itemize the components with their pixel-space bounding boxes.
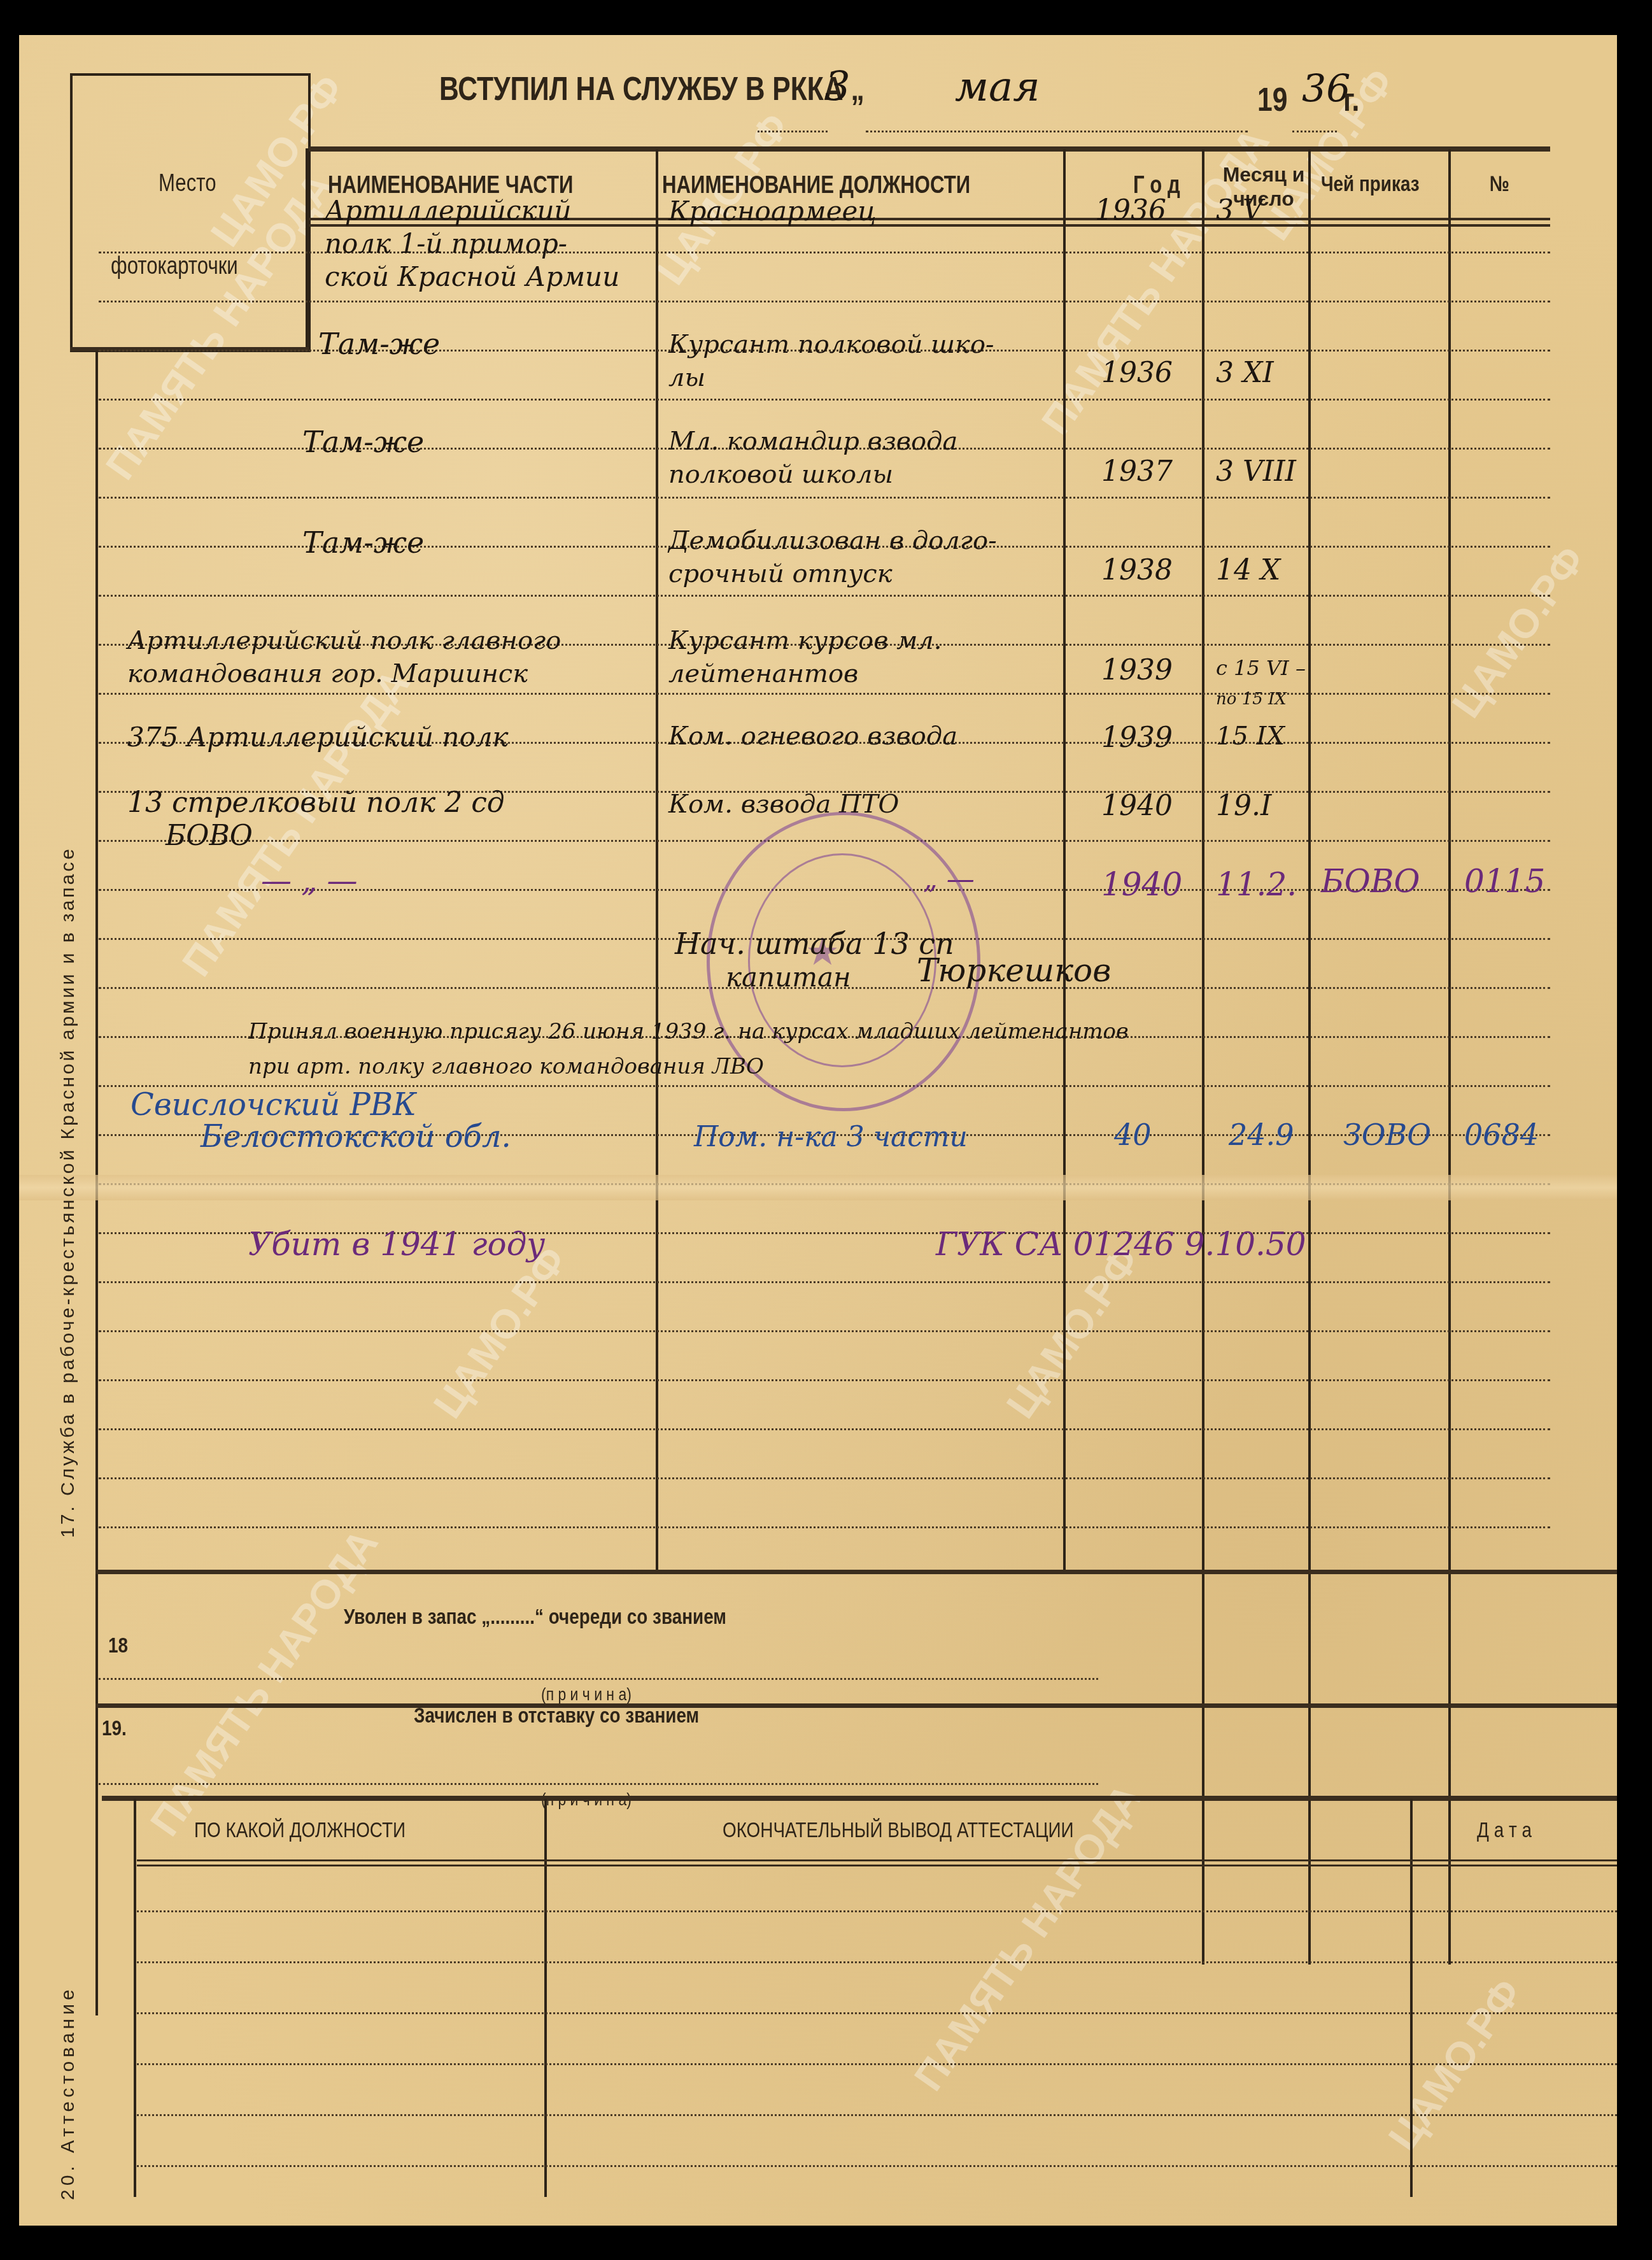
- row4-unit: Там-же: [302, 525, 424, 560]
- watermark: ЦАМО.РФ: [424, 1238, 576, 1427]
- row5-date-end: по 15 IX: [1216, 690, 1287, 709]
- row3-year: 1937: [1101, 455, 1173, 488]
- row-rule: [99, 497, 1550, 499]
- attestation-col-position: ПО КАКОЙ ДОЛЖНОСТИ: [194, 1818, 406, 1843]
- row-rule: [99, 1526, 1550, 1528]
- personnel-record-page: ЦАМО.РФ ЦАМО.РФ ЦАМО.РФ ПАМЯТЬ НАРОДА ПА…: [19, 35, 1617, 2226]
- blue-entry-date: 24.9: [1229, 1118, 1294, 1152]
- photo-placeholder-box: Место фотокарточки: [70, 73, 311, 352]
- blue-entry-position: Пом. н-ка 3 части: [694, 1121, 968, 1153]
- row3-unit: Там-же: [302, 425, 424, 459]
- row1-position: Красноармеец: [668, 195, 877, 227]
- row2-position: Курсант полковой шко- лы: [668, 328, 994, 394]
- section20-label: 20. Аттестование: [57, 1818, 79, 2200]
- row6-unit: 375 Артиллерийский полк: [127, 721, 509, 753]
- row-rule: [99, 1281, 1550, 1283]
- header-title-text: ВСТУПИЛ НА СЛУЖБУ В РККА „: [439, 70, 865, 108]
- row-rule: [99, 693, 1550, 695]
- row8-unit: — „ —: [261, 863, 357, 899]
- row5-date: с 15 VI –: [1216, 656, 1306, 680]
- row4-position: Демобилизован в долго- срочный отпуск: [668, 524, 997, 590]
- section20-left-border: [134, 1799, 136, 2197]
- section19-number: 19.: [102, 1716, 127, 1741]
- header-month: мая: [955, 64, 1040, 111]
- blue-entry-number: 0684: [1464, 1118, 1539, 1152]
- blue-entry-unit: Свислочский РВК Белостокской обл.: [131, 1089, 511, 1153]
- section19-top-rule: [95, 1703, 1617, 1708]
- killed-entry-reference: ГУК СА 01246 9.10.50: [936, 1226, 1306, 1263]
- attestation-col-date: Д а т а: [1477, 1818, 1532, 1843]
- section19-reason-line: [99, 1783, 1098, 1785]
- col-divider: [1448, 150, 1451, 1965]
- row-rule: [99, 1477, 1550, 1479]
- watermark: ЦАМО.РФ: [997, 1238, 1149, 1427]
- section18-reason-label: (п р и ч и н а): [541, 1684, 632, 1705]
- attestation-rule: [137, 1910, 1617, 1912]
- header-year-prefix: 19: [1257, 81, 1287, 119]
- row1-unit: Артиллерийский полк 1-й примор- ской Кра…: [325, 194, 619, 294]
- attestation-rule: [137, 2165, 1617, 2167]
- col-divider: [1202, 150, 1204, 1965]
- row8-date: 11.2.: [1216, 866, 1297, 903]
- attestation-header-rule: [137, 1859, 1617, 1861]
- attestation-rule: [137, 2063, 1617, 2065]
- section20-col-divider: [1410, 1799, 1413, 2197]
- col-divider: [306, 148, 308, 352]
- section19-text: Зачислен в отставку со званием: [414, 1703, 699, 1728]
- section18-number: 18: [108, 1633, 128, 1658]
- signature-title: Нач. штаба 13 сп: [675, 927, 954, 961]
- fold-crease: [19, 1175, 1617, 1200]
- section18-text: Уволен в запас „.........“ очереди со зв…: [344, 1605, 726, 1630]
- row7-date: 19.I: [1216, 790, 1271, 822]
- row8-number: 0115: [1464, 863, 1545, 900]
- oath-line-1: Принял военную присягу 26 июня 1939 г. н…: [248, 1019, 1129, 1044]
- killed-entry: Убит в 1941 году: [248, 1226, 545, 1263]
- header-year-unit: г.: [1343, 81, 1359, 119]
- row4-date: 14 X: [1216, 554, 1280, 586]
- blue-entry-order: ЗОВО: [1343, 1118, 1431, 1152]
- row2-unit: Там-же: [318, 327, 440, 361]
- section18-top-rule: [95, 1570, 1617, 1574]
- day-underline: [758, 131, 828, 132]
- year-underline: [1292, 131, 1337, 132]
- section17-label: 17. Служба в рабоче-крестьянской Красной…: [57, 455, 79, 1538]
- attestation-rule: [137, 2114, 1617, 2116]
- row5-unit: Артиллерийский полк главного командовани…: [127, 624, 561, 690]
- row1-year: 1936: [1095, 194, 1166, 227]
- row3-position: Мл. командир взвода полковой школы: [668, 425, 957, 491]
- col-header-order: Чей приказ: [1321, 172, 1420, 197]
- col-divider: [1308, 150, 1311, 1965]
- col-divider: [656, 150, 658, 1570]
- row-rule: [99, 1428, 1550, 1430]
- attestation-header-rule-2: [137, 1865, 1617, 1866]
- row-rule: [99, 1379, 1550, 1381]
- photo-label-2: фотокарточки: [111, 253, 238, 280]
- section20-top-rule: [102, 1796, 1617, 1801]
- row2-date: 3 XI: [1216, 357, 1274, 389]
- row5-position: Курсант курсов мл. лейтенантов: [668, 624, 942, 690]
- row6-date: 15 IX: [1216, 721, 1285, 751]
- row6-position: Ком. огневого взвода: [668, 721, 957, 751]
- signature-rank: капитан: [726, 962, 851, 993]
- row7-unit: 13 стрелковый полк 2 сд БОВО: [127, 786, 505, 853]
- section20-col-divider: [544, 1799, 547, 2197]
- col-divider: [1063, 150, 1066, 1570]
- row8-year: 1940: [1101, 866, 1182, 903]
- table-top-rule: [309, 146, 1550, 152]
- photo-label-1: Место: [159, 170, 216, 197]
- blue-entry-year: 40: [1114, 1118, 1152, 1152]
- signature: Тюркешков: [917, 952, 1111, 989]
- oath-line-2: при арт. полку главного командования ЛВО: [248, 1054, 764, 1079]
- row-rule: [99, 301, 1550, 302]
- watermark: ЦАМО.РФ: [1443, 537, 1595, 727]
- attestation-col-conclusion: ОКОНЧАТЕЛЬНЫЙ ВЫВОД АТТЕСТАЦИИ: [723, 1818, 1074, 1843]
- row-rule: [99, 252, 1550, 253]
- row5-year: 1939: [1101, 654, 1173, 686]
- row-rule: [99, 1330, 1550, 1332]
- row8-order: БОВО: [1321, 863, 1420, 900]
- row2-year: 1936: [1101, 357, 1173, 389]
- row-rule: [99, 399, 1550, 401]
- header-day: 3: [824, 64, 851, 111]
- row1-date: 3 V: [1216, 194, 1263, 227]
- section18-reason-line: [99, 1678, 1098, 1680]
- month-underline: [866, 131, 1248, 132]
- row4-year: 1938: [1101, 554, 1173, 586]
- col-header-number: №: [1490, 172, 1509, 197]
- row-rule: [99, 595, 1550, 597]
- row3-date: 3 VIII: [1216, 455, 1296, 488]
- row7-year: 1940: [1101, 790, 1173, 822]
- attestation-rule: [137, 1961, 1617, 1963]
- header-title: ВСТУПИЛ НА СЛУЖБУ В РККА „: [439, 70, 957, 108]
- attestation-rule: [137, 2012, 1617, 2014]
- row6-year: 1939: [1101, 721, 1173, 754]
